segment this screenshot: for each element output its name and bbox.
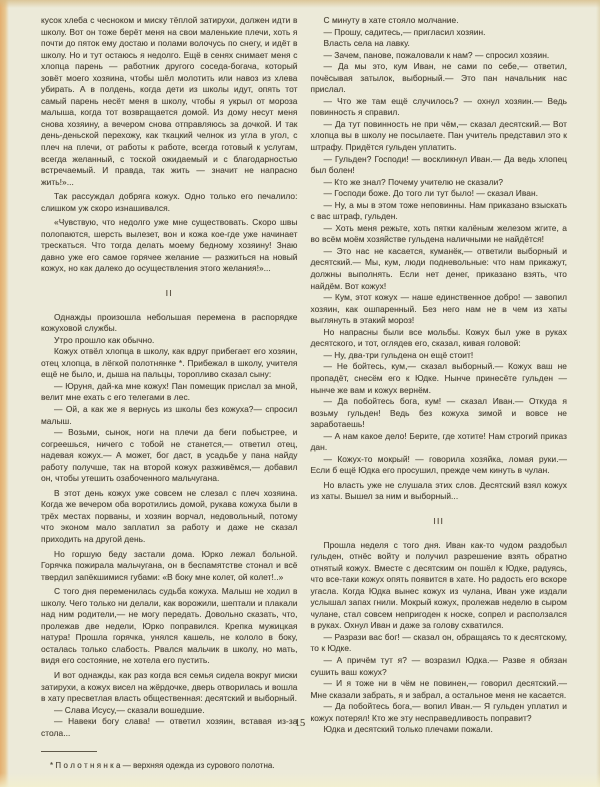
paragraph: — Господи боже. До того ли тут было! — с… xyxy=(311,188,568,200)
paragraph: — Кожух-то мокрый! — говорила хозяйка, л… xyxy=(311,454,568,477)
paragraph: — Что же там ещё случилось? — охнул хозя… xyxy=(311,96,568,119)
paragraph: — Это нас не касается, куманёк,— ответил… xyxy=(311,246,568,292)
paragraph: Прошла неделя с того дня. Иван как-то чу… xyxy=(311,540,568,632)
paragraph: Утро прошло как обычно. xyxy=(41,335,298,347)
paragraph: Но горшую беду застали дома. Юрко лежал … xyxy=(41,549,298,584)
scan-edge-right xyxy=(596,0,600,787)
paragraph: — Слава Исусу,— сказали вошедшие. xyxy=(41,705,298,717)
paragraph: — Кто же знал? Почему учителю не сказали… xyxy=(311,177,568,189)
section-heading: III xyxy=(311,516,568,528)
paragraph: — Ну, а мы в этом тоже неповинны. Нам пр… xyxy=(311,200,568,223)
page-number: 15 xyxy=(0,718,600,729)
paragraph: — Разрази вас бог! — сказал он, обращаяс… xyxy=(311,632,568,655)
paragraph: Так рассуждал добряга кожух. Одно только… xyxy=(41,191,298,214)
paragraph: — Кум, этот кожух — наше единственное до… xyxy=(311,292,568,327)
paragraph: С минуту в хате стояло молчание. xyxy=(311,15,568,27)
paragraph: — Возьми, сынок, ноги на плечи да беги п… xyxy=(41,427,298,485)
paragraph: — Да тут повинность не при чём,— сказал … xyxy=(311,119,568,154)
paragraph: В этот день кожух уже совсем не слезал с… xyxy=(41,488,298,546)
footnote-rule xyxy=(41,751,97,752)
paragraph: — Да побойтесь бога, кум! — сказал Иван.… xyxy=(311,396,568,431)
scan-edge-top xyxy=(0,0,600,8)
paragraph: С того дня переменилась судьба кожуха. М… xyxy=(41,586,298,667)
paragraph: — Гульден? Господи! — воскликнул Иван.— … xyxy=(311,154,568,177)
page-body: кусок хлеба с чесноком и миску тёплой за… xyxy=(41,15,567,771)
paragraph: — А нам какое дело! Берите, где хотите! … xyxy=(311,431,568,454)
paragraph: Однажды произошла небольшая перемена в р… xyxy=(41,312,298,335)
footnote-text: * П о л о т н я н к а — верхняя одежда и… xyxy=(41,760,298,771)
paragraph: И вот однажды, как раз когда вся семья с… xyxy=(41,670,298,705)
paragraph: — Да мы это, кум Иван, не сами по себе,—… xyxy=(311,61,568,96)
right-column: С минуту в хате стояло молчание.— Прошу,… xyxy=(311,15,568,771)
paragraph: кусок хлеба с чесноком и миску тёплой за… xyxy=(41,15,298,188)
paragraph: Кожух отвёл хлопца в школу, как вдруг пр… xyxy=(41,346,298,381)
paragraph: — Не бойтесь, кум,— сказал выборный.— Ко… xyxy=(311,361,568,396)
paragraph: — Юруня, дай-ка мне кожух! Пан помещик п… xyxy=(41,381,298,404)
paragraph: Но власть уже не слушала этих слов. Деся… xyxy=(311,480,568,503)
section-heading: II xyxy=(41,288,298,300)
paragraph: — Хоть меня режьте, хоть пятки калёным ж… xyxy=(311,223,568,246)
paragraph: — Ой, а как же я вернусь из школы без ко… xyxy=(41,404,298,427)
paragraph: — Зачем, панове, пожаловали к нам? — спр… xyxy=(311,50,568,62)
left-column: кусок хлеба с чесноком и миску тёплой за… xyxy=(41,15,298,771)
paragraph: Власть села на лавку. xyxy=(311,38,568,50)
paragraph: — И я тоже ни в чём не повинен,— говорил… xyxy=(311,678,568,701)
paragraph: — А причём тут я? — возразил Юдка.— Разв… xyxy=(311,655,568,678)
paragraph: Но напрасны были все мольбы. Кожух был у… xyxy=(311,327,568,350)
paragraph: — Прошу, садитесь,— пригласил хозяин. xyxy=(311,27,568,39)
scan-edge-bottom xyxy=(0,773,600,787)
scanned-book-page: { "page": { "number": "15" }, "columns":… xyxy=(0,0,600,787)
paragraph: — Ну, два-три гульдена он ещё стоит! xyxy=(311,350,568,362)
scan-edge-left xyxy=(0,0,9,787)
paragraph: «Чувствую, что недолго уже мне существов… xyxy=(41,217,298,275)
